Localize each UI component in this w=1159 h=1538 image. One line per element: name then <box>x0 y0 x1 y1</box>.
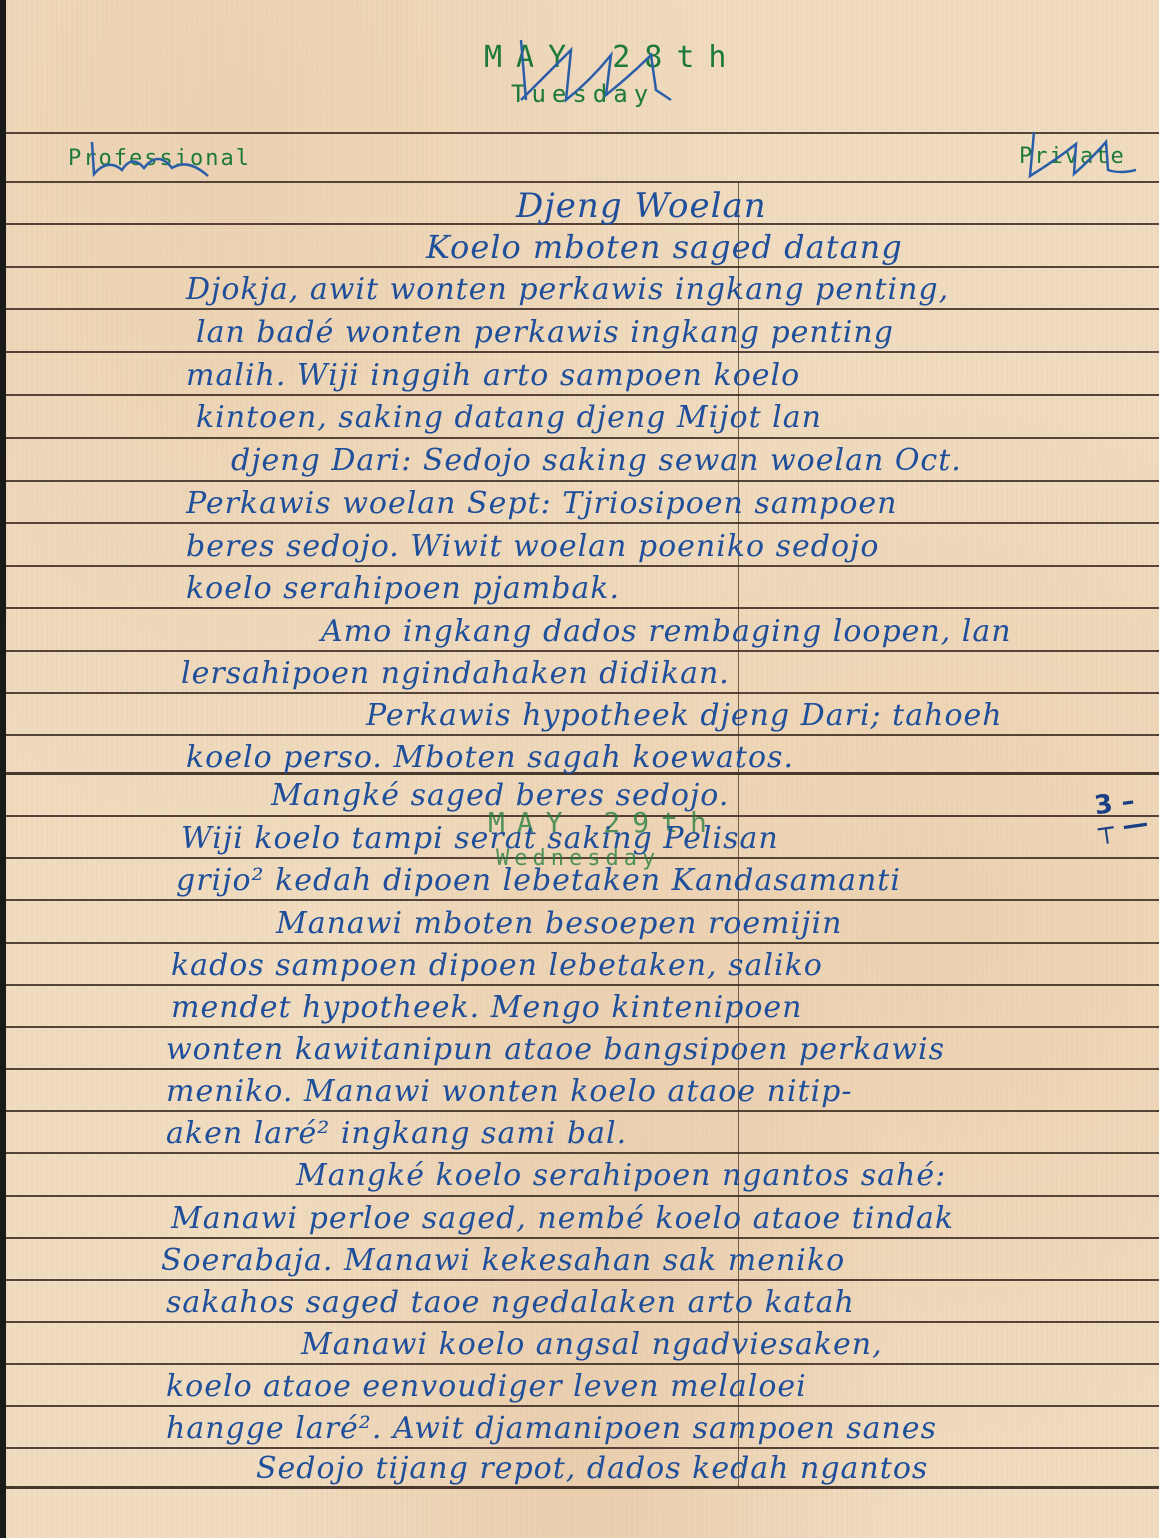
ruled-line <box>6 1195 1159 1197</box>
handwritten-line: hangge laré². Awit djamanipoen sampoen s… <box>166 1411 937 1446</box>
ruled-line <box>6 1026 1159 1028</box>
ruled-line <box>6 984 1159 986</box>
handwritten-line: Amo ingkang dados rembaging loopen, lan <box>321 614 1012 649</box>
ruled-line <box>6 1321 1159 1323</box>
ruled-line <box>6 351 1159 353</box>
ruled-line <box>6 394 1159 396</box>
ruled-line <box>6 1152 1159 1154</box>
handwritten-line: Manawi perloe saged, nembé koelo ataoe t… <box>171 1201 954 1236</box>
handwritten-line: wonten kawitanipun ataoe bangsipoen perk… <box>166 1032 945 1067</box>
handwritten-line: koelo serahipoen pjambak. <box>186 571 620 606</box>
handwritten-line: koelo perso. Mboten sagah koewatos. <box>186 740 794 775</box>
handwritten-line: Perkawis hypotheek djeng Dari; tahoeh <box>366 698 1003 733</box>
professional-scribble-icon <box>88 140 218 180</box>
ruled-line <box>6 266 1159 268</box>
handwritten-line: Mangké saged beres sedojo. <box>271 778 729 813</box>
handwritten-line: lersahipoen ngindahaken didikan. <box>181 656 730 691</box>
ruled-line <box>6 437 1159 439</box>
ruled-line <box>6 1405 1159 1407</box>
ruled-line <box>6 1110 1159 1112</box>
ruled-line <box>6 1068 1159 1070</box>
ruled-line <box>6 1486 1159 1489</box>
handwritten-line: Manawi koelo angsal ngadviesaken, <box>301 1327 883 1362</box>
margin-tally-mark: 3 – ┬ — <box>1093 786 1159 842</box>
ruled-line <box>6 692 1159 694</box>
letter-subtitle: Koelo mboten saged datang <box>426 228 903 266</box>
handwritten-line: Perkawis woelan Sept: Tjriosipoen sampoe… <box>186 486 898 521</box>
handwritten-line: grijo² kedah dipoen lebetaken Kandasaman… <box>176 863 901 898</box>
handwritten-line: kintoen, saking datang djeng Mijot lan <box>196 400 822 435</box>
ruled-line <box>6 132 1159 134</box>
handwritten-line: Manawi mboten besoepen roemijin <box>276 906 842 941</box>
ruled-line <box>6 734 1159 736</box>
ruled-line <box>6 650 1159 652</box>
handwritten-line: lan badé wonten perkawis ingkang penting <box>196 315 894 350</box>
ruled-line <box>6 522 1159 524</box>
header-scribble-icon <box>511 30 711 110</box>
diary-page: MAY 28th Tuesday Professional Private MA… <box>6 0 1159 1538</box>
handwritten-line: kados sampoen dipoen lebetaken, saliko <box>171 948 823 983</box>
ruled-line <box>6 1363 1159 1365</box>
handwritten-line: koelo ataoe eenvoudiger leven melaloei <box>166 1369 807 1404</box>
handwritten-line: Wiji koelo tampi serat saking Pelisan <box>181 821 779 856</box>
ruled-line <box>6 942 1159 944</box>
handwritten-line: meniko. Manawi wonten koelo ataoe nitip- <box>166 1074 853 1109</box>
ruled-line <box>6 1447 1159 1449</box>
ruled-line <box>6 480 1159 482</box>
letter-salutation: Djeng Woelan <box>516 186 767 226</box>
private-scribble-icon <box>1026 130 1136 180</box>
handwritten-line: Mangké koelo serahipoen ngantos sahé: <box>296 1158 946 1193</box>
ruled-line <box>6 565 1159 567</box>
ruled-line <box>6 308 1159 310</box>
ruled-line <box>6 1279 1159 1281</box>
handwritten-line: mendet hypotheek. Mengo kintenipoen <box>171 990 803 1025</box>
ruled-line <box>6 899 1159 901</box>
handwritten-line: djeng Dari: Sedojo saking sewan woelan O… <box>231 443 962 478</box>
handwritten-line: Djokja, awit wonten perkawis ingkang pen… <box>186 272 949 307</box>
ruled-line <box>6 1237 1159 1239</box>
handwritten-line: sakahos saged taoe ngedalaken arto katah <box>166 1285 855 1320</box>
ruled-line <box>6 181 1159 183</box>
handwritten-line: malih. Wiji inggih arto sampoen koelo <box>186 358 800 393</box>
handwritten-line: Sedojo tijang repot, dados kedah ngantos <box>256 1451 928 1486</box>
handwritten-line: beres sedojo. Wiwit woelan poeniko sedoj… <box>186 529 879 564</box>
handwritten-line: aken laré² ingkang sami bal. <box>166 1116 627 1151</box>
handwritten-line: Soerabaja. Manawi kekesahan sak meniko <box>161 1243 845 1278</box>
ruled-line <box>6 607 1159 609</box>
